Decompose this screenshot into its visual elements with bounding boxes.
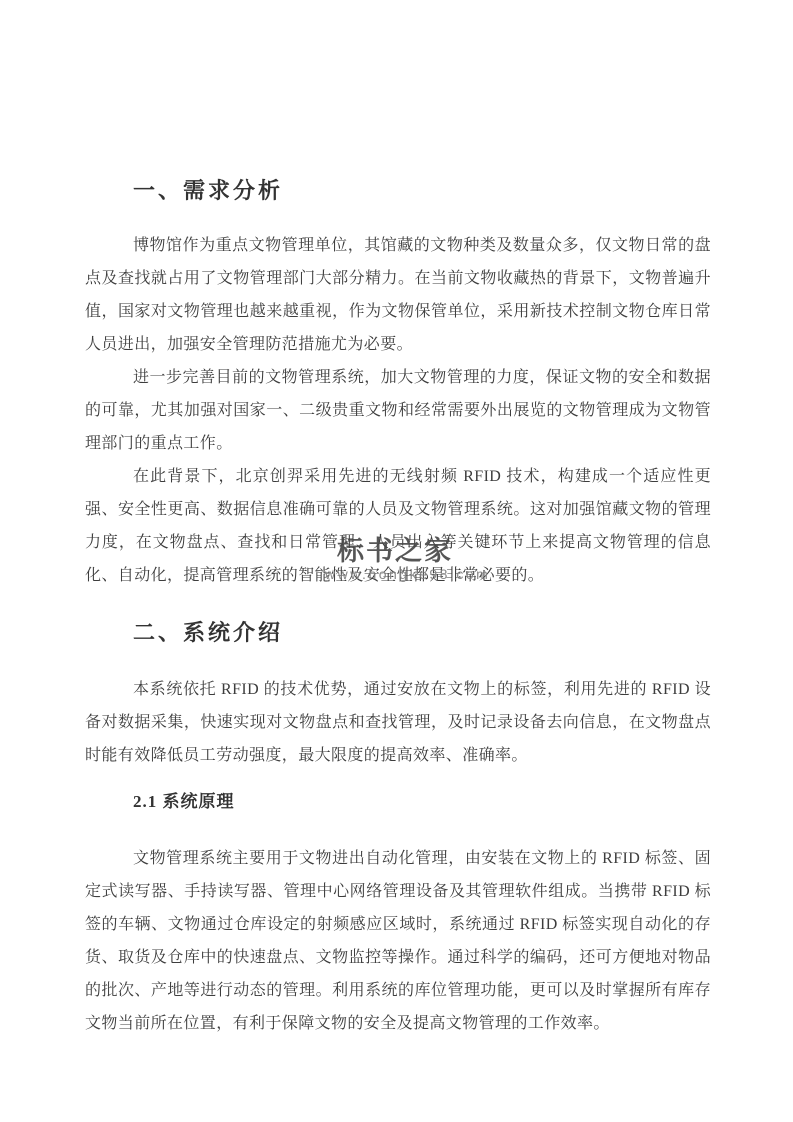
section-heading-system-introduction: 二、系统介绍 bbox=[133, 618, 711, 648]
paragraph-system-principle: 文物管理系统主要用于文物进出自动化管理，由安装在文物上的 RFID 标签、固定式… bbox=[85, 842, 711, 1040]
section-heading-requirements-analysis: 一、需求分析 bbox=[133, 176, 711, 206]
paragraph-improve-management: 进一步完善目前的文物管理系统，加大文物管理的力度，保证文物的安全和数据的可靠，尤… bbox=[85, 361, 711, 460]
subsection-heading-system-principle: 2.1 系统原理 bbox=[133, 790, 711, 814]
paragraph-rfid-context: 在此背景下，北京创羿采用先进的无线射频 RFID 技术，构建成一个适应性更强、安… bbox=[85, 460, 711, 592]
paragraph-system-overview: 本系统依托 RFID 的技术优势，通过安放在文物上的标签，利用先进的 RFID … bbox=[85, 673, 711, 772]
document-page: 一、需求分析 博物馆作为重点文物管理单位，其馆藏的文物种类及数量众多，仅文物日常… bbox=[0, 0, 793, 1122]
document-content: 一、需求分析 博物馆作为重点文物管理单位，其馆藏的文物种类及数量众多，仅文物日常… bbox=[85, 0, 711, 1040]
paragraph-museum-background: 博物馆作为重点文物管理单位，其馆藏的文物种类及数量众多，仅文物日常的盘点及查找就… bbox=[85, 229, 711, 361]
